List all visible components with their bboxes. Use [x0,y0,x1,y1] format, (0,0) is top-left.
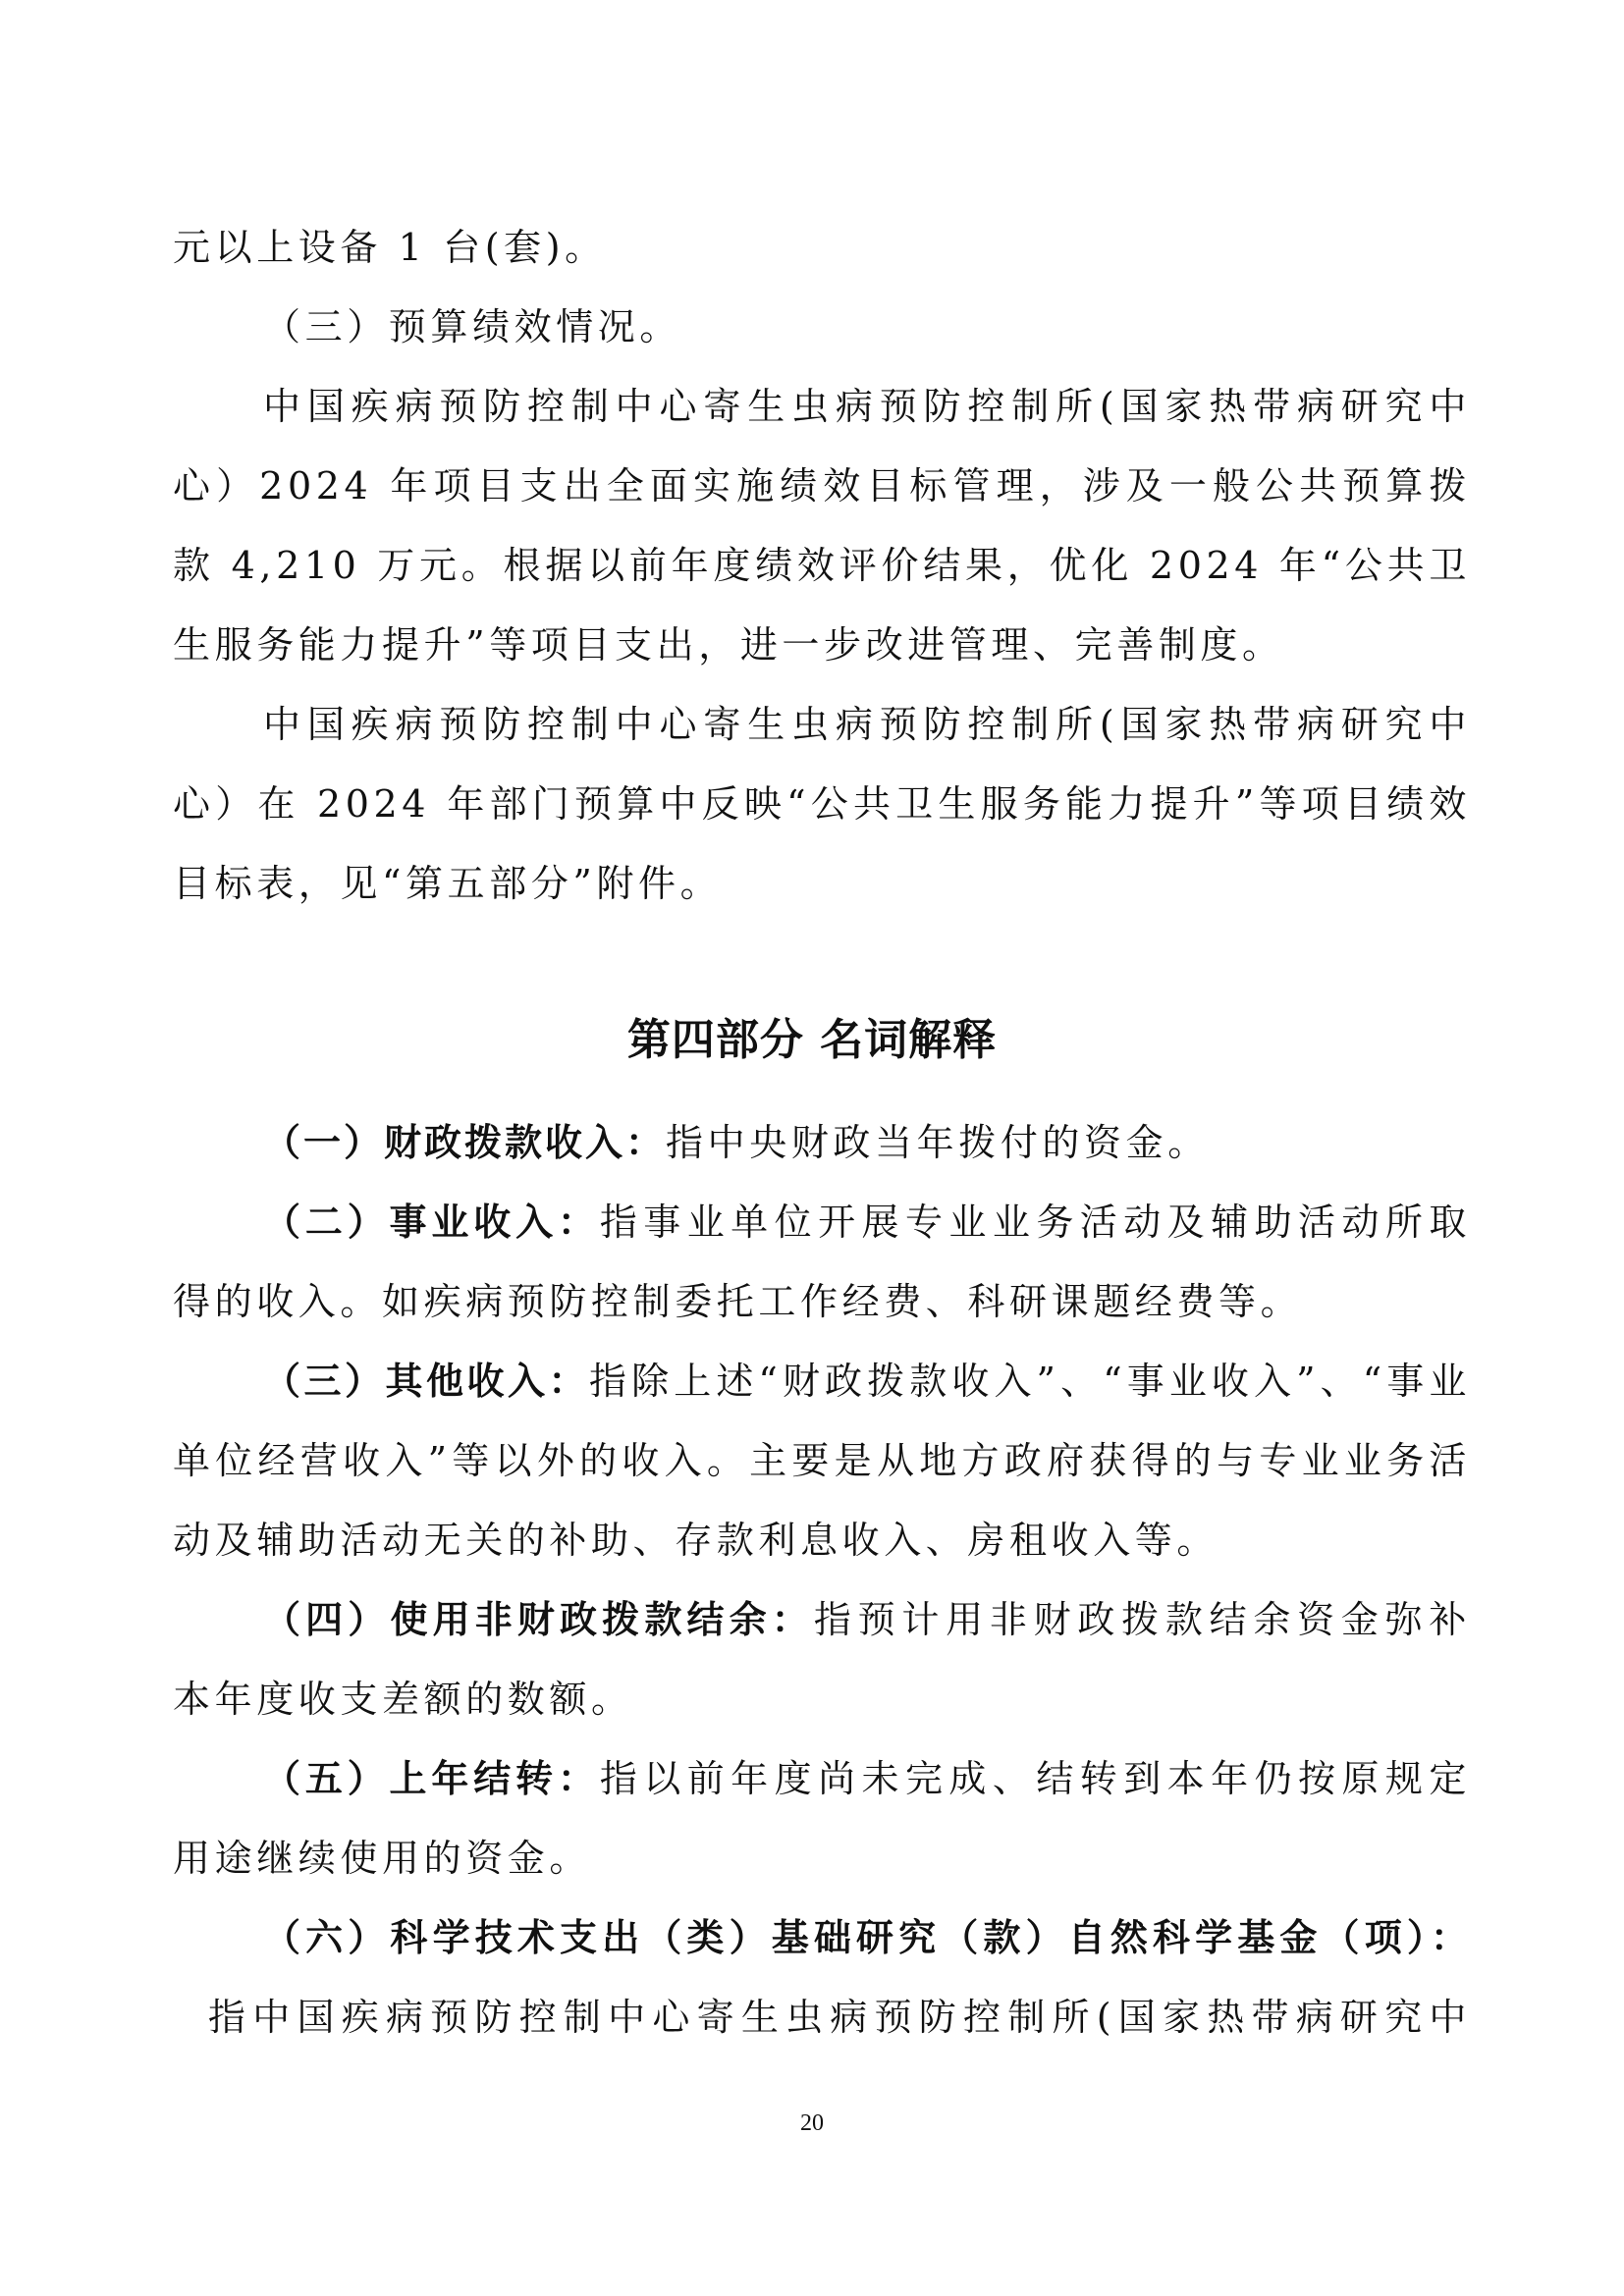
body-line: 心）在 2024 年部门预算中反映“公共卫生服务能力提升”等项目绩效 [173,780,1471,828]
body-line: 本年度收支差额的数额。 [173,1676,1471,1723]
subsection-title-performance: （三）预算绩效情况。 [263,303,1471,350]
body-line: 心）2024 年项目支出全面实施绩效目标管理，涉及一般公共预算拨 [173,462,1471,509]
term-definition-5: （五）上年结转：指以前年度尚未完成、结转到本年仍按原规定 [263,1755,1471,1802]
term-label: （四）使用非财政拨款结余： [263,1598,814,1641]
body-line: 中国疾病预防控制中心寄生虫病预防控制所(国家热带病研究中 [263,383,1471,430]
term-text: 指以前年度尚未完成、结转到本年仍按原规定 [600,1757,1471,1800]
term-definition-2: （二）事业收入：指事业单位开展专业业务活动及辅助活动所取 [263,1199,1471,1246]
term-label: （二）事业收入： [263,1201,600,1244]
body-line: 动及辅助活动无关的补助、存款利息收入、房租收入等。 [173,1517,1471,1564]
section-heading-part4: 第四部分 名词解释 [0,1011,1624,1070]
term-text: 指除上述“财政拨款收入”、“事业收入”、“事业 [589,1360,1471,1403]
body-line: 单位经营收入”等以外的收入。主要是从地方政府获得的与专业业务活 [173,1437,1471,1484]
term-definition-4: （四）使用非财政拨款结余：指预计用非财政拨款结余资金弥补 [263,1596,1471,1643]
term-definition-3: （三）其他收入：指除上述“财政拨款收入”、“事业收入”、“事业 [263,1358,1471,1405]
body-line: 指中国疾病预防控制中心寄生虫病预防控制所(国家热带病研究中 [208,1994,1471,2041]
term-definition-1: （一）财政拨款收入：指中央财政当年拨付的资金。 [263,1119,1471,1166]
page-number: 20 [0,2110,1624,2137]
term-label: （一）财政拨款收入： [263,1121,666,1164]
body-line: 用途继续使用的资金。 [173,1835,1471,1882]
body-line: 元以上设备 1 台(套)。 [173,224,1471,271]
body-line: 得的收入。如疾病预防控制委托工作经费、科研课题经费等。 [173,1278,1471,1325]
body-line: 生服务能力提升”等项目支出，进一步改进管理、完善制度。 [173,621,1471,668]
body-line: 款 4,210 万元。根据以前年度绩效评价结果，优化 2024 年“公共卫 [173,542,1471,589]
term-text: 指事业单位开展专业业务活动及辅助活动所取 [600,1201,1471,1244]
body-line: 中国疾病预防控制中心寄生虫病预防控制所(国家热带病研究中 [263,701,1471,748]
term-label: （五）上年结转： [263,1757,600,1800]
term-label: （六）科学技术支出（类）基础研究（款）自然科学基金（项）： [263,1916,1471,1959]
term-definition-6: （六）科学技术支出（类）基础研究（款）自然科学基金（项）： [263,1914,1471,1961]
term-label: （三）其他收入： [263,1360,589,1403]
term-text: 指中央财政当年拨付的资金。 [666,1121,1210,1164]
body-line: 目标表，见“第五部分”附件。 [173,860,1471,907]
term-text: 指预计用非财政拨款结余资金弥补 [814,1598,1471,1641]
